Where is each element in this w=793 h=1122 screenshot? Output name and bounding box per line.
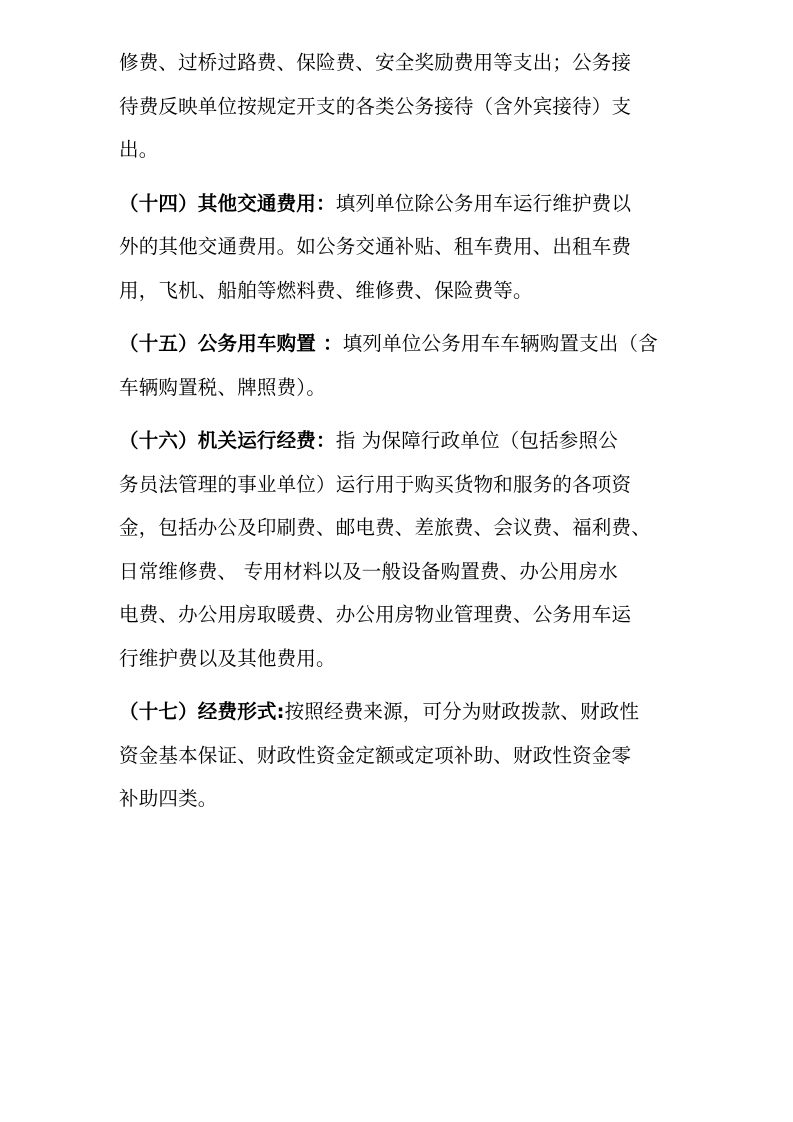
paragraph-item-15: （十五）公务用车购置 ：填列单位公务用车车辆购置支出（含 车辆购置税、牌照费）。	[119, 322, 679, 409]
body-text: 补助四类。	[119, 787, 218, 810]
body-text: 待费反映单位按规定开支的各类公务接待（含外宾接待）支	[119, 95, 631, 118]
body-text: 日常维修费、 专用材料以及一般设备购置费、办公用房水	[119, 560, 618, 583]
text-line: 修费、过桥过路费、保险费、安全奖励费用等支出；公务接	[119, 41, 679, 85]
paragraph-gap	[119, 172, 679, 182]
text-line: 车辆购置税、牌照费）。	[119, 366, 679, 410]
item-heading: （十四）其他交通费用：	[119, 192, 336, 215]
body-text: 填列单位除公务用车运行维护费以	[336, 192, 632, 215]
body-text: 出。	[119, 138, 158, 161]
paragraph-item-16: （十六）机关运行经费：指 为保障行政单位（包括参照公 务员法管理的事业单位）运行…	[119, 419, 679, 680]
text-line: （十七）经费形式:按照经费来源，可分为财政拨款、财政性	[119, 690, 679, 734]
item-heading: （十七）经费形式:	[119, 700, 285, 723]
body-text: 电费、办公用房取暖费、办公用房物业管理费、公务用车运	[119, 603, 631, 626]
text-line: （十四）其他交通费用：填列单位除公务用车运行维护费以	[119, 182, 679, 226]
text-line: 资金基本保证、财政性资金定额或定项补助、财政性资金零	[119, 734, 679, 778]
body-text: 金，包括办公及印刷费、邮电费、差旅费、会议费、福利费、	[119, 516, 651, 539]
paragraph-continuation: 修费、过桥过路费、保险费、安全奖励费用等支出；公务接 待费反映单位按规定开支的各…	[119, 41, 679, 172]
paragraph-gap	[119, 680, 679, 690]
paragraph-item-14: （十四）其他交通费用：填列单位除公务用车运行维护费以 外的其他交通费用。如公务交…	[119, 182, 679, 313]
body-text: 按照经费来源，可分为财政拨款、财政性	[285, 700, 640, 723]
text-line: 出。	[119, 128, 679, 172]
body-text: 外的其他交通费用。如公务交通补贴、租车费用、出租车费	[119, 235, 631, 258]
text-line: 行维护费以及其他费用。	[119, 637, 679, 681]
body-text: 指 为保障行政单位（包括参照公	[336, 429, 618, 452]
text-line: （十六）机关运行经费：指 为保障行政单位（包括参照公	[119, 419, 679, 463]
body-text: 车辆购置税、牌照费）。	[119, 376, 326, 399]
body-text: 修费、过桥过路费、保险费、安全奖励费用等支出；公务接	[119, 51, 631, 74]
text-line: 日常维修费、 专用材料以及一般设备购置费、办公用房水	[119, 550, 679, 594]
text-line: 用，飞机、船舶等燃料费、维修费、保险费等。	[119, 269, 679, 313]
document-page: 修费、过桥过路费、保险费、安全奖励费用等支出；公务接 待费反映单位按规定开支的各…	[119, 41, 679, 821]
body-text: 务员法管理的事业单位）运行用于购买货物和服务的各项资	[119, 473, 631, 496]
item-heading: （十六）机关运行经费：	[119, 429, 336, 452]
text-line: 金，包括办公及印刷费、邮电费、差旅费、会议费、福利费、	[119, 506, 679, 550]
body-text: 资金基本保证、财政性资金定额或定项补助、财政性资金零	[119, 744, 631, 767]
paragraph-gap	[119, 409, 679, 419]
text-line: （十五）公务用车购置 ：填列单位公务用车车辆购置支出（含	[119, 322, 679, 366]
paragraph-gap	[119, 312, 679, 322]
body-text: 用，飞机、船舶等燃料费、维修费、保险费等。	[119, 279, 533, 302]
text-line: 外的其他交通费用。如公务交通补贴、租车费用、出租车费	[119, 225, 679, 269]
paragraph-item-17: （十七）经费形式:按照经费来源，可分为财政拨款、财政性 资金基本保证、财政性资金…	[119, 690, 679, 821]
item-heading: （十五）公务用车购置 ：	[119, 332, 343, 355]
text-line: 电费、办公用房取暖费、办公用房物业管理费、公务用车运	[119, 593, 679, 637]
text-line: 务员法管理的事业单位）运行用于购买货物和服务的各项资	[119, 463, 679, 507]
body-text: 行维护费以及其他费用。	[119, 647, 336, 670]
text-line: 待费反映单位按规定开支的各类公务接待（含外宾接待）支	[119, 85, 679, 129]
body-text: 填列单位公务用车车辆购置支出（含	[343, 332, 658, 355]
text-line: 补助四类。	[119, 777, 679, 821]
